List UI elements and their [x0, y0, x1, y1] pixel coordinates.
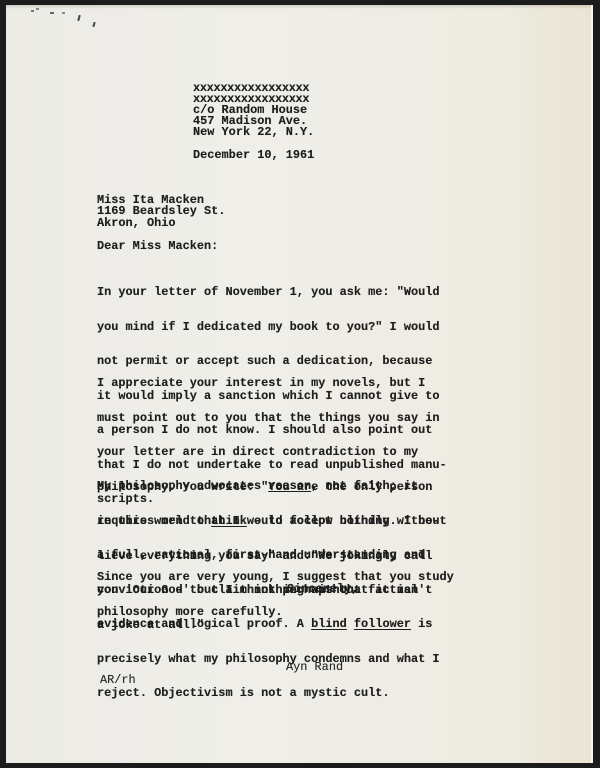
text-run: requires men to	[97, 514, 211, 528]
text-line: I appreciate your interest in my novels,…	[97, 378, 440, 390]
text-line: In your letter of November 1, you ask me…	[97, 287, 447, 299]
return-address-line: New York 22, N.Y.	[193, 127, 314, 139]
signature-name: Ayn Rand	[286, 662, 343, 674]
recipient-city: Akron, Ohio	[97, 218, 176, 230]
pencil-mark	[36, 8, 39, 10]
letter-date: December 10, 1961	[193, 150, 314, 162]
pencil-mark	[31, 10, 34, 12]
paragraph-4: Since you are very young, I suggest that…	[97, 549, 454, 630]
text-line: you mind if I dedicated my book to you?"…	[97, 322, 447, 334]
text-line: Since you are very young, I suggest that…	[97, 572, 454, 584]
text-line: reject. Objectivism is not a mystic cult…	[97, 688, 447, 700]
text-run: - to accept nothing without	[247, 514, 447, 528]
text-line: precisely what my philosophy condemns an…	[97, 654, 447, 666]
page-top-shadow	[6, 5, 593, 9]
text-line: your letter are in direct contradiction …	[97, 447, 440, 459]
pencil-mark	[50, 12, 54, 14]
underlined-word-think: think	[211, 514, 247, 528]
reference-initials: AR/rh	[100, 675, 136, 687]
pencil-mark	[62, 12, 65, 14]
text-line: requires men to think - to accept nothin…	[97, 516, 447, 528]
underlined-word-reason: reason	[268, 479, 311, 493]
text-line: philosophy more carefully.	[97, 607, 454, 619]
text-run: , not faith; it	[311, 479, 418, 493]
salutation: Dear Miss Macken:	[97, 241, 218, 253]
text-line: My philosophy advocates reason, not fait…	[97, 481, 447, 493]
page-right-edge	[591, 5, 593, 763]
text-run: My philosophy advocates	[97, 479, 268, 493]
closing: Sincerely,	[287, 584, 358, 596]
text-line: must point out to you that the things yo…	[97, 413, 440, 425]
